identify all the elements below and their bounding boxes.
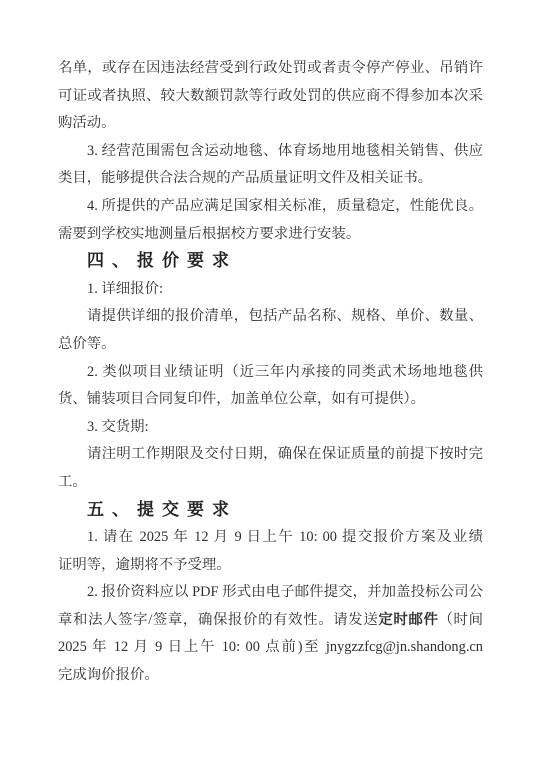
text-line: 2. 类似项目业绩证明（近三年内承接的同类武术场地地毯供 [58, 359, 483, 387]
text-line: 购活动。 [58, 110, 483, 138]
text-segment: 2. 报价资料应以 PDF 形式由电子邮件提交，并加盖投标公司公 [87, 584, 483, 600]
text-line: 完成询价报价。 [58, 662, 483, 690]
section-heading: 四、报价要求 [58, 248, 483, 276]
text-line: 1. 请在 2025 年 12 月 9 日上午 10: 00 提交报价方案及业绩 [58, 524, 483, 552]
text-line: 2025 年 12 月 9 日上午 10: 00 点前)至 jnygzzfcg@… [58, 634, 483, 662]
text-segment: 章和法人签字/签章，确保报价的有效性。请发送 [58, 612, 378, 628]
text-line: 可证或者执照、较大数额罚款等行政处罚的供应商不得参加本次采 [58, 83, 483, 111]
text-segment: 4. 所提供的产品应满足国家相关标准，质量稳定，性能优良。 [87, 198, 483, 214]
text-line: 总价等。 [58, 331, 483, 359]
text-segment: 请提供详细的报价清单，包括产品名称、规格、单价、数量、 [87, 308, 483, 324]
text-segment: 总价等。 [58, 336, 116, 352]
text-segment: 工。 [58, 474, 87, 490]
text-line: 货、铺装项目合同复印件，加盖单位公章，如有可提供）。 [58, 386, 483, 414]
text-line: 证明等，逾期将不予受理。 [58, 552, 483, 580]
text-line: 名单，或存在因违法经营受到行政处罚或者责令停产停业、吊销许 [58, 55, 483, 83]
text-line: 3. 交货期: [58, 414, 483, 442]
text-segment: 2. 类似项目业绩证明（近三年内承接的同类武术场地地毯供 [87, 364, 483, 380]
text-segment: 3. 交货期: [87, 419, 149, 435]
text-segment: 1. 请在 2025 年 12 月 9 日上午 10: 00 提交报价方案及业绩 [87, 529, 483, 545]
text-segment: 2025 年 12 月 9 日上午 10: 00 点前)至 jnygzzfcg@… [58, 639, 483, 655]
document-page: 名单，或存在因违法经营受到行政处罚或者责令停产停业、吊销许可证或者执照、较大数额… [0, 0, 543, 768]
text-segment: 需要到学校实地测量后根据校方要求进行安装。 [58, 226, 360, 242]
text-segment: 货、铺装项目合同复印件，加盖单位公章，如有可提供）。 [58, 391, 425, 407]
text-line: 4. 所提供的产品应满足国家相关标准，质量稳定，性能优良。 [58, 193, 483, 221]
text-line: 请注明工作期限及交付日期，确保在保证质量的前提下按时完 [58, 441, 483, 469]
text-segment: 购活动。 [58, 115, 116, 131]
text-line: 工。 [58, 469, 483, 497]
document-lines: 名单，或存在因违法经营受到行政处罚或者责令停产停业、吊销许可证或者执照、较大数额… [58, 55, 483, 690]
text-line: 3. 经营范围需包含运动地毯、体育场地用地毯相关销售、供应 [58, 138, 483, 166]
text-segment: 3. 经营范围需包含运动地毯、体育场地用地毯相关销售、供应 [87, 143, 483, 159]
text-segment: （时间 [439, 612, 483, 628]
text-segment: 可证或者执照、较大数额罚款等行政处罚的供应商不得参加本次采 [58, 88, 483, 104]
section-heading: 五、提交要求 [58, 497, 483, 525]
text-segment: 名单，或存在因违法经营受到行政处罚或者责令停产停业、吊销许 [58, 60, 483, 76]
text-line: 请提供详细的报价清单，包括产品名称、规格、单价、数量、 [58, 303, 483, 331]
text-line: 2. 报价资料应以 PDF 形式由电子邮件提交，并加盖投标公司公 [58, 579, 483, 607]
text-segment: 四、报价要求 [87, 251, 237, 271]
text-line: 章和法人签字/签章，确保报价的有效性。请发送定时邮件（时间 [58, 607, 483, 635]
text-line: 1. 详细报价: [58, 276, 483, 304]
text-line: 类目，能够提供合法合规的产品质量证明文件及相关证书。 [58, 165, 483, 193]
text-line: 需要到学校实地测量后根据校方要求进行安装。 [58, 221, 483, 249]
text-segment: 完成询价报价。 [58, 667, 159, 683]
bold-text-segment: 定时邮件 [378, 612, 438, 628]
text-segment: 1. 详细报价: [87, 281, 163, 297]
text-segment: 请注明工作期限及交付日期，确保在保证质量的前提下按时完 [87, 446, 483, 462]
text-segment: 证明等，逾期将不予受理。 [58, 557, 231, 573]
text-segment: 五、提交要求 [87, 500, 237, 520]
text-segment: 类目，能够提供合法合规的产品质量证明文件及相关证书。 [58, 170, 432, 186]
